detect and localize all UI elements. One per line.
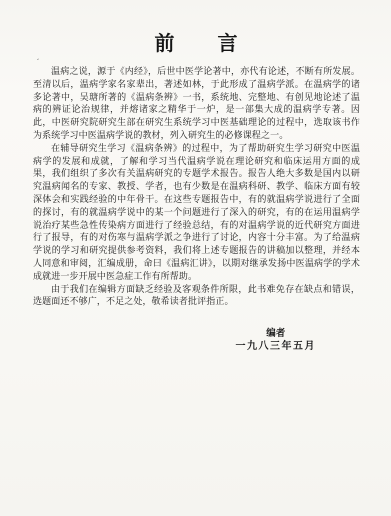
signature-block: 编者 一九八三年五月	[33, 328, 360, 354]
page-content: 前 言 温病之说，源于《内经》，后世中医学论著中，亦代有论述，不断有所发展。至清…	[33, 32, 360, 354]
page-title: 前 言	[33, 32, 360, 56]
scanned-document-page: ˊ 前 言 温病之说，源于《内经》，后世中医学论著中，亦代有论述，不断有所发展。…	[0, 0, 391, 516]
preface-body: 温病之说，源于《内经》，后世中医学论著中，亦代有论述，不断有所发展。至清以后，温…	[33, 65, 360, 308]
paragraph: 温病之说，源于《内经》，后世中医学论著中，亦代有论述，不断有所发展。至清以后，温…	[33, 65, 360, 142]
paragraph: 由于我们在编辑方面缺乏经验及客观条件所限，此书难免存在缺点和错误，选题面还不够广…	[33, 283, 360, 309]
paragraph: 在辅导研究生学习《温病条辨》的过程中，为了帮助研究生学习研究中医温病学的发展和成…	[33, 142, 360, 283]
signature-author: 编者	[236, 328, 317, 340]
signature-inner: 编者 一九八三年五月	[236, 328, 317, 354]
signature-date: 一九八三年五月	[236, 340, 317, 354]
